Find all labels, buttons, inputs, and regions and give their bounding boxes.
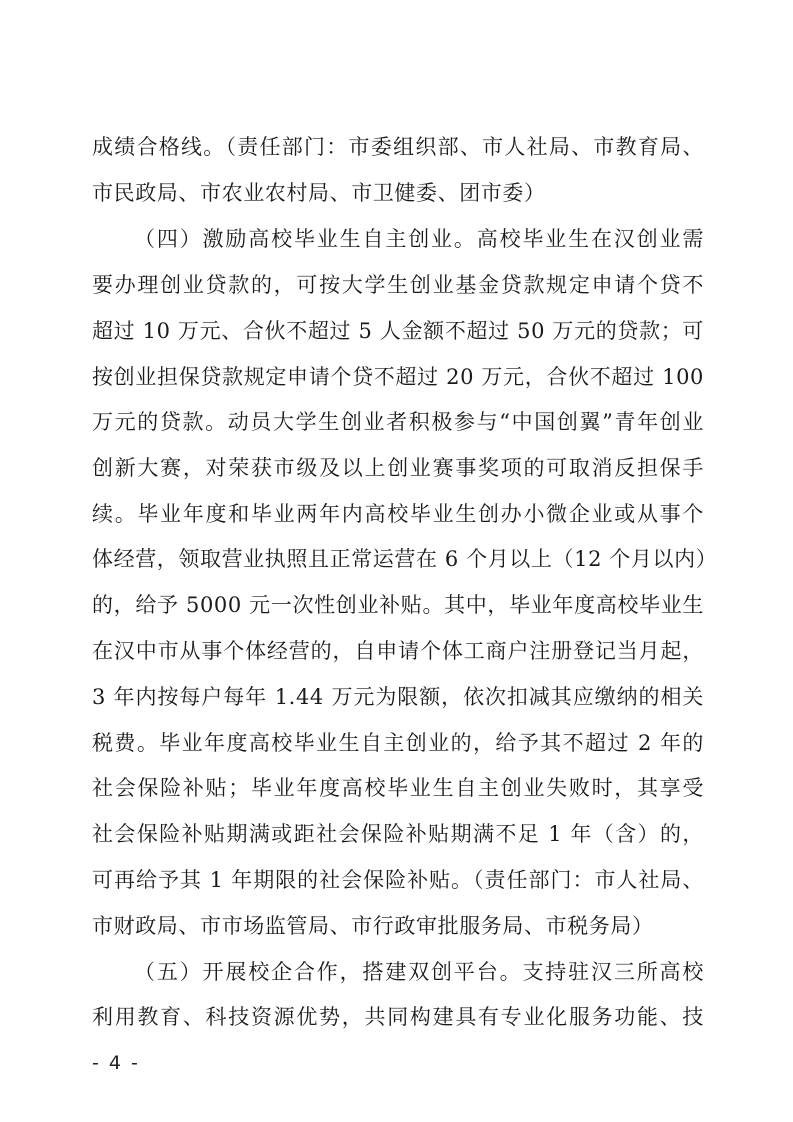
text-line: （五）开展校企合作，搭建双创平台。支持驻汉三所高校 (134, 957, 704, 987)
text-line: 可再给予其 1 年期限的社会保险补贴。（责任部门：市人社局、 (92, 865, 704, 895)
text-line: 成绩合格线。（责任部门：市委组织部、市人社局、市教育局、 (92, 132, 704, 162)
text-line: 社会保险补贴；毕业年度高校毕业生自主创业失败时，其享受 (92, 773, 704, 803)
text-line: 3 年内按每户每年 1.44 万元为限额，依次扣减其应缴纳的相关 (92, 682, 704, 712)
text-line: （四）激励高校毕业生自主创业。高校毕业生在汉创业需 (134, 224, 704, 254)
text-line: 市财政局、市市场监管局、市行政审批服务局、市税务局） (92, 911, 704, 941)
page-number: - 4 - (92, 1052, 140, 1074)
text-line: 市民政局、市农业农村局、市卫健委、团市委） (92, 178, 704, 208)
text-line: 利用教育、科技资源优势，共同构建具有专业化服务功能、技 (92, 1002, 704, 1032)
text-line: 体经营，领取营业执照且正常运营在 6 个月以上（12 个月以内） (92, 544, 704, 574)
text-line: 超过 10 万元、合伙不超过 5 人金额不超过 50 万元的贷款；可 (92, 316, 704, 346)
text-line: 的，给予 5000 元一次性创业补贴。其中，毕业年度高校毕业生 (92, 590, 704, 620)
text-line: 创新大赛，对荣获市级及以上创业赛事奖项的可取消反担保手 (92, 453, 704, 483)
text-line: 按创业担保贷款规定申请个贷不超过 20 万元，合伙不超过 100 (92, 362, 704, 392)
text-line: 万元的贷款。动员大学生创业者积极参与“中国创翼”青年创业 (92, 407, 704, 437)
text-line: 要办理创业贷款的，可按大学生创业基金贷款规定申请个贷不 (92, 270, 704, 300)
text-line: 社会保险补贴期满或距社会保险补贴期满不足 1 年（含）的， (92, 819, 704, 849)
text-line: 续。毕业年度和毕业两年内高校毕业生创办小微企业或从事个 (92, 499, 704, 529)
document-page: - 4 - 成绩合格线。（责任部门：市委组织部、市人社局、市教育局、市民政局、市… (0, 0, 793, 1122)
text-line: 在汉中市从事个体经营的，自申请个体工商户注册登记当月起， (92, 636, 704, 666)
text-line: 税费。毕业年度高校毕业生自主创业的，给予其不超过 2 年的 (92, 728, 704, 758)
